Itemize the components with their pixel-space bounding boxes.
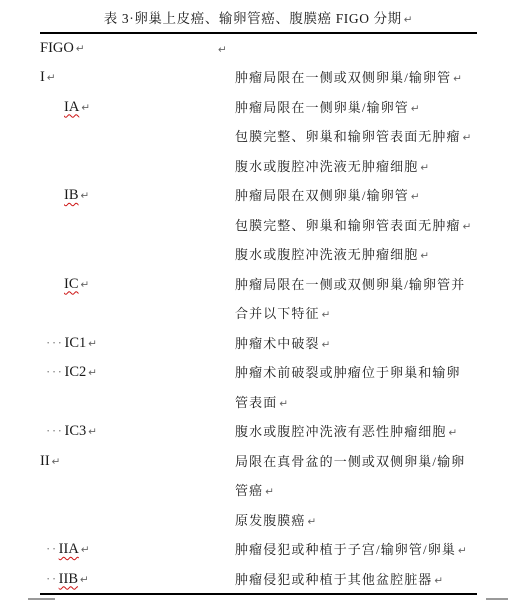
stage-label-cell: ··IIA↵: [0, 541, 235, 558]
stage-label: FIGO: [40, 40, 74, 56]
paragraph-mark-icon: ↵: [420, 250, 430, 262]
table-bottom-rule: [40, 593, 477, 595]
stage-description: 腹水或腹腔冲洗液有恶性肿瘤细胞: [235, 424, 447, 439]
stage-description-cell: 肿瘤局限在一侧卵巢/输卵管↵: [235, 97, 512, 116]
table-row: 合并以下特征↵: [0, 299, 512, 329]
paragraph-mark-icon: ↵: [88, 367, 97, 379]
stage-description-cell: 肿瘤侵犯或种植于子宫/输卵管/卵巢↵: [235, 539, 512, 558]
stage-label-cell: IB↵: [0, 187, 235, 204]
table-row: ···IC1↵ 肿瘤术中破裂↵: [0, 328, 512, 358]
stage-description: 肿瘤局限在一侧或双侧卵巢/输卵管: [235, 70, 451, 85]
table-row: 管癌↵: [0, 476, 512, 506]
paragraph-mark-icon: ↵: [322, 309, 332, 321]
stage-description: 管表面: [235, 395, 277, 410]
table-row: 包膜完整、卵巢和输卵管表面无肿瘤↵: [0, 122, 512, 152]
stage-description-cell: 肿瘤术前破裂或肿瘤位于卵巢和输卵: [235, 362, 512, 381]
paragraph-mark-icon: ↵: [88, 338, 97, 350]
table-row: 腹水或腹腔冲洗液无肿瘤细胞↵: [0, 240, 512, 270]
table-row: II↵ 局限在真骨盆的一侧或双侧卵巢/输卵: [0, 446, 512, 476]
paragraph-mark-icon: ↵: [81, 190, 90, 202]
stage-description-cell: 管表面↵: [235, 392, 512, 411]
paragraph-mark-icon: ↵: [47, 72, 56, 84]
stage-description: 包膜完整、卵巢和输卵管表面无肿瘤: [235, 218, 461, 233]
stage-description-cell: 原发腹膜癌↵: [235, 510, 512, 529]
stage-description: 肿瘤局限在一侧卵巢/输卵管: [235, 100, 409, 115]
stage-description: 腹水或腹腔冲洗液无肿瘤细胞: [235, 247, 418, 262]
stage-description: 肿瘤侵犯或种植于其他盆腔脏器: [235, 572, 432, 587]
table-row: 包膜完整、卵巢和输卵管表面无肿瘤↵: [0, 210, 512, 240]
stage-label: IC3: [65, 423, 87, 439]
stage-label-cell: IA↵: [0, 99, 235, 116]
stage-label: IC2: [65, 364, 87, 380]
paragraph-mark-icon: ↵: [463, 221, 473, 233]
stage-description: 局限在真骨盆的一侧或双侧卵巢/输卵: [235, 454, 465, 469]
table-row: IB↵ 肿瘤局限在双侧卵巢/输卵管↵: [0, 181, 512, 211]
margin-mark-right: [486, 598, 508, 600]
space-dots: ···: [46, 364, 64, 379]
paragraph-mark-icon: ↵: [453, 73, 463, 85]
table-row: ···IC2↵ 肿瘤术前破裂或肿瘤位于卵巢和输卵: [0, 358, 512, 388]
table-row: IA↵ 肿瘤局限在一侧卵巢/输卵管↵: [0, 92, 512, 122]
space-dots: ···: [46, 423, 64, 438]
stage-label: IC: [64, 276, 79, 292]
stage-description-cell: 局限在真骨盆的一侧或双侧卵巢/输卵: [235, 451, 512, 470]
stage-description: 管癌: [235, 483, 263, 498]
paragraph-mark-icon: ↵: [81, 102, 90, 114]
paragraph-mark-icon: ↵: [52, 456, 61, 468]
table-row: ··IIA↵ 肿瘤侵犯或种植于子宫/输卵管/卵巢↵: [0, 535, 512, 565]
paragraph-mark-icon: ↵: [76, 43, 85, 55]
stage-label: IA: [64, 99, 79, 115]
paragraph-mark-icon: ↵: [218, 44, 228, 56]
table-row: IC↵ 肿瘤局限在一侧或双侧卵巢/输卵管并: [0, 269, 512, 299]
stage-description: 肿瘤局限在双侧卵巢/输卵管: [235, 188, 409, 203]
stage-description: 肿瘤术前破裂或肿瘤位于卵巢和输卵: [235, 365, 461, 380]
stage-label: I: [40, 69, 45, 85]
stage-label: IC1: [65, 335, 87, 351]
table-title: 表 3·卵巢上皮癌、输卵管癌、腹膜癌 FIGO 分期↵: [40, 7, 477, 27]
stage-description: 肿瘤侵犯或种植于子宫/输卵管/卵巢: [235, 542, 456, 557]
stage-description-cell: 腹水或腹腔冲洗液无肿瘤细胞↵: [235, 244, 512, 263]
stage-description-cell: 包膜完整、卵巢和输卵管表面无肿瘤↵: [235, 126, 512, 145]
stage-description-cell: 合并以下特征↵: [235, 303, 512, 322]
stage-description: 肿瘤局限在一侧或双侧卵巢/输卵管并: [235, 277, 465, 292]
paragraph-mark-icon: ↵: [322, 339, 332, 351]
stage-description: 肿瘤术中破裂: [235, 336, 320, 351]
figo-staging-table: FIGO↵ ↵ I↵ 肿瘤局限在一侧或双侧卵巢/输卵管↵ IA↵ 肿瘤局限在一侧…: [0, 33, 512, 594]
stage-label-cell: II↵: [0, 453, 235, 470]
paragraph-mark-icon: ↵: [411, 191, 421, 203]
paragraph-mark-icon: ↵: [404, 14, 413, 26]
stage-label-cell: ···IC3↵: [0, 423, 235, 440]
stage-label-cell: ··IIB↵: [0, 571, 235, 588]
stage-description: 包膜完整、卵巢和输卵管表面无肿瘤: [235, 129, 461, 144]
stage-label: IIA: [59, 541, 79, 557]
paragraph-mark-icon: ↵: [265, 486, 275, 498]
paragraph-mark-icon: ↵: [463, 132, 473, 144]
stage-label-cell: FIGO↵: [0, 40, 235, 57]
stage-label: IIB: [59, 571, 78, 587]
stage-description: 腹水或腹腔冲洗液无肿瘤细胞: [235, 159, 418, 174]
stage-description-cell: 腹水或腹腔冲洗液有恶性肿瘤细胞↵: [235, 421, 512, 440]
table-row: ··IIB↵ 肿瘤侵犯或种植于其他盆腔脏器↵: [0, 564, 512, 594]
table-row: ···IC3↵ 腹水或腹腔冲洗液有恶性肿瘤细胞↵: [0, 417, 512, 447]
stage-label-cell: ···IC1↵: [0, 335, 235, 352]
stage-description-cell: ↵: [235, 41, 512, 57]
paragraph-mark-icon: ↵: [411, 103, 421, 115]
table-title-text: 表 3·卵巢上皮癌、输卵管癌、腹膜癌 FIGO 分期: [104, 11, 402, 26]
stage-description-cell: 肿瘤侵犯或种植于其他盆腔脏器↵: [235, 569, 512, 588]
stage-label-cell: I↵: [0, 69, 235, 86]
paragraph-mark-icon: ↵: [420, 162, 430, 174]
stage-description-cell: 肿瘤术中破裂↵: [235, 333, 512, 352]
stage-description-cell: 腹水或腹腔冲洗液无肿瘤细胞↵: [235, 156, 512, 175]
stage-label-cell: IC↵: [0, 276, 235, 293]
margin-mark-left: [28, 598, 55, 600]
paragraph-mark-icon: ↵: [81, 544, 90, 556]
space-dots: ···: [46, 335, 64, 350]
table-row: 腹水或腹腔冲洗液无肿瘤细胞↵: [0, 151, 512, 181]
stage-label: II: [40, 453, 50, 469]
paragraph-mark-icon: ↵: [88, 426, 97, 438]
space-dots: ··: [46, 571, 58, 586]
stage-description-cell: 管癌↵: [235, 480, 512, 499]
space-dots: ··: [46, 541, 58, 556]
table-row: I↵ 肿瘤局限在一侧或双侧卵巢/输卵管↵: [0, 63, 512, 93]
paragraph-mark-icon: ↵: [80, 574, 89, 586]
table-row: 原发腹膜癌↵: [0, 505, 512, 535]
stage-description-cell: 包膜完整、卵巢和输卵管表面无肿瘤↵: [235, 215, 512, 234]
table-row: FIGO↵ ↵: [0, 33, 512, 63]
stage-description-cell: 肿瘤局限在双侧卵巢/输卵管↵: [235, 185, 512, 204]
stage-description-cell: 肿瘤局限在一侧或双侧卵巢/输卵管并: [235, 274, 512, 293]
stage-label-cell: ···IC2↵: [0, 364, 235, 381]
paragraph-mark-icon: ↵: [81, 279, 90, 291]
stage-description: 原发腹膜癌: [235, 513, 306, 528]
paragraph-mark-icon: ↵: [458, 545, 468, 557]
document-page: 表 3·卵巢上皮癌、输卵管癌、腹膜癌 FIGO 分期↵ FIGO↵ ↵ I↵ 肿…: [0, 0, 512, 604]
paragraph-mark-icon: ↵: [308, 516, 318, 528]
stage-description: 合并以下特征: [235, 306, 320, 321]
table-row: 管表面↵: [0, 387, 512, 417]
paragraph-mark-icon: ↵: [434, 575, 444, 587]
paragraph-mark-icon: ↵: [449, 427, 459, 439]
stage-label: IB: [64, 187, 79, 203]
stage-description-cell: 肿瘤局限在一侧或双侧卵巢/输卵管↵: [235, 67, 512, 86]
paragraph-mark-icon: ↵: [279, 398, 289, 410]
